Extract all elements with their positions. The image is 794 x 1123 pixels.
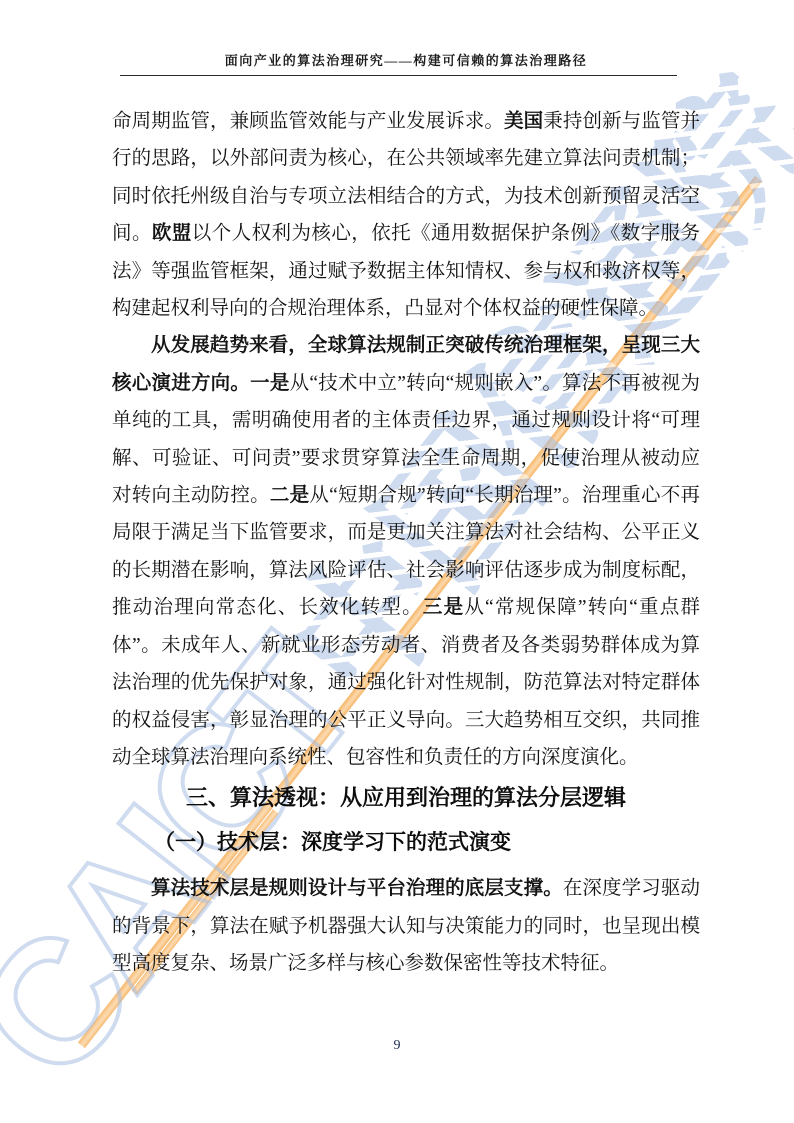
section-heading: 三、算法透视：从应用到治理的算法分层逻辑: [112, 776, 700, 820]
paragraph-tech-layer: 算法技术层是规则设计与平台治理的底层支撑。在深度学习驱动的背景下，算法在赋予机器…: [112, 870, 700, 982]
subsection-heading: （一）技术层：深度学习下的范式演变: [112, 820, 700, 864]
text-run: 命周期监管，兼顾监管效能与产业发展诉求。: [112, 111, 504, 132]
bold-text-run: 欧盟: [152, 222, 192, 244]
text-run: 以个人权利为核心，依托《通用数据保护条例》《数字服务法》等强监管框架，通过赋予数…: [112, 223, 700, 319]
paragraph-regulation-overview: 命周期监管，兼顾监管效能与产业发展诉求。美国秉持创新与监管并行的思路，以外部问责…: [112, 103, 700, 327]
page-header: 面向产业的算法治理研究——构建可信赖的算法治理路径: [112, 0, 700, 76]
bold-text-run: 二是: [270, 484, 309, 506]
page-number: 9: [0, 1038, 794, 1054]
bold-text-run: 美国: [504, 110, 543, 132]
document-body: 命周期监管，兼顾监管效能与产业发展诉求。美国秉持创新与监管并行的思路，以外部问责…: [112, 103, 700, 983]
bold-text-run: 算法技术层是规则设计与平台治理的底层支撑。: [151, 877, 563, 899]
bold-text-run: 三是: [423, 596, 464, 618]
document-page: CAICT中国信通院 面向产业的算法治理研究——构建可信赖的算法治理路径 命周期…: [0, 0, 794, 1123]
text-run: 从“常规保障”转向“重点群体”。未成年人、新就业形态劳动者、消费者及各类弱势群体…: [112, 597, 700, 768]
header-rule: [120, 75, 677, 76]
paragraph-trends: 从发展趋势来看，全球算法规制正突破传统治理框架，呈现三大核心演进方向。一是从“技…: [112, 327, 700, 776]
running-head-title: 面向产业的算法治理研究——构建可信赖的算法治理路径: [112, 0, 700, 69]
